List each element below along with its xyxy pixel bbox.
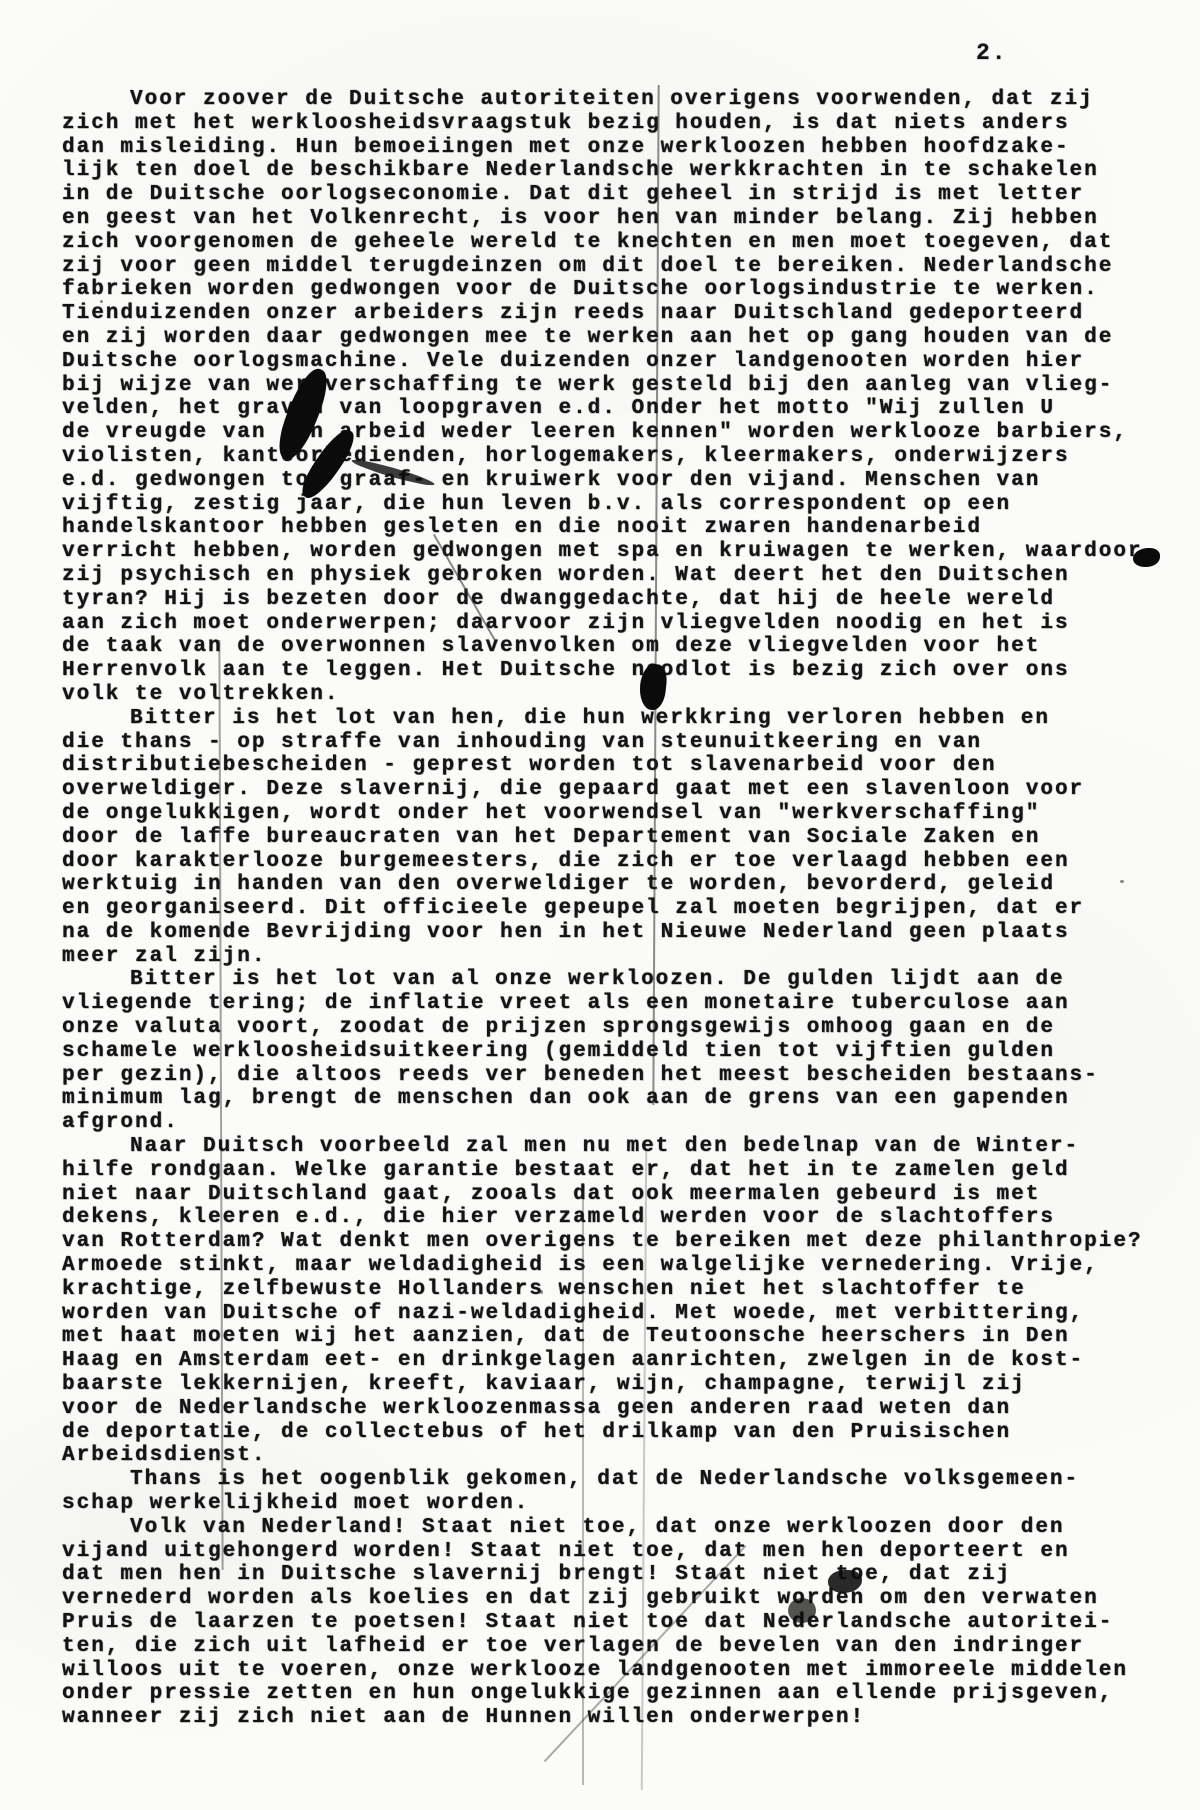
paragraph-misleiding: Voor zoover de Duitsche autoriteiten ove… bbox=[62, 88, 1167, 707]
scanned-document-page: 2. Voor zoover de Duitsche autoriteiten … bbox=[0, 0, 1200, 1810]
paper-speck bbox=[1120, 880, 1124, 883]
paper-speck bbox=[1010, 1475, 1013, 1478]
paper-speck bbox=[540, 1290, 543, 1294]
paper-speck bbox=[100, 300, 103, 303]
document-body: Voor zoover de Duitsche autoriteiten ove… bbox=[62, 88, 1167, 1730]
paragraph-bitter-lot-hen: Bitter is het lot van hen, die hun werkk… bbox=[62, 707, 1167, 969]
page-number: 2. bbox=[976, 40, 1008, 66]
paragraph-oogenblik: Thans is het oogenblik gekomen, dat de N… bbox=[62, 1468, 1167, 1516]
paragraph-bitter-lot-al: Bitter is het lot van al onze werkloozen… bbox=[62, 968, 1167, 1135]
ink-blot bbox=[788, 1598, 816, 1623]
paper-speck bbox=[70, 1120, 74, 1123]
paragraph-winterhilfe: Naar Duitsch voorbeeld zal men nu met de… bbox=[62, 1135, 1167, 1468]
paragraph-volk-van-nederland: Volk van Nederland! Staat niet toe, dat … bbox=[62, 1516, 1167, 1730]
fold-crease-line bbox=[582, 1185, 584, 1785]
